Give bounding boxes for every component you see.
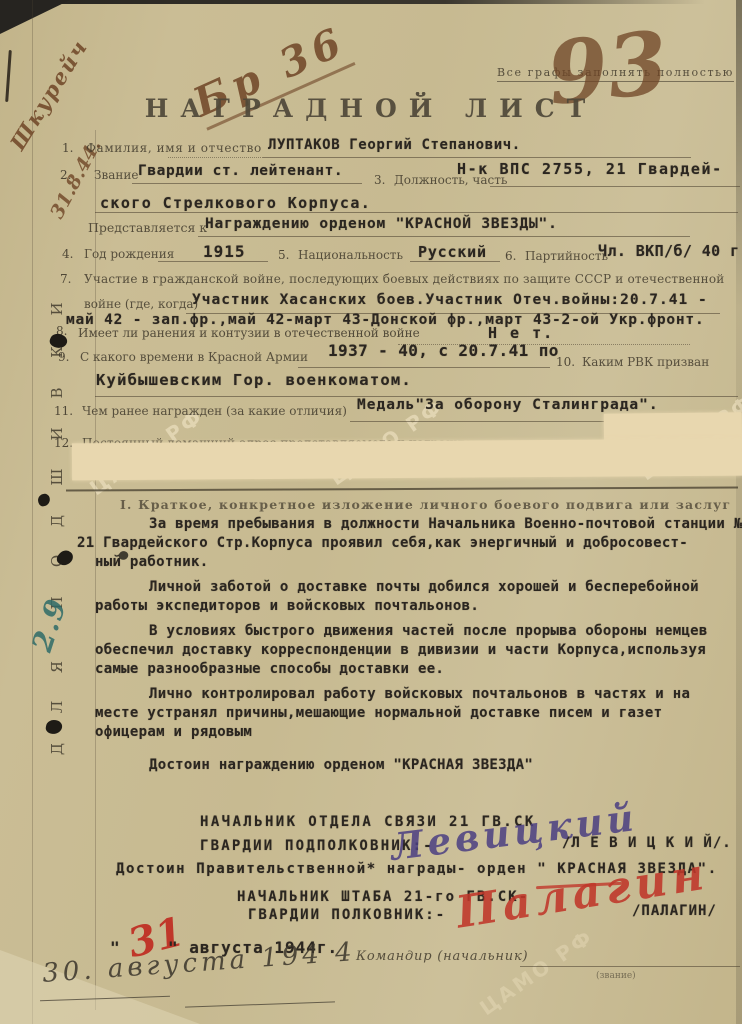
page-title: НАГРАДНОЙ ЛИСТ (0, 94, 742, 123)
field-6-label: Партийность (525, 249, 608, 263)
citation-line: ный работник. (95, 554, 735, 573)
ink-blot (37, 493, 52, 508)
field-4-value: 1915 (203, 242, 246, 261)
field-1-value: ЛУПТАКОВ Георгий Степанович. (268, 137, 521, 153)
presented-for-label: Представляется к (88, 220, 207, 235)
section-heading: I. Краткое, конкретное изложение личного… (120, 497, 731, 512)
field-8-value: Н е т. (488, 324, 554, 342)
field-7-label-line2: войне (где, когда) (84, 297, 198, 311)
field-10-label: Каким РВК призван (582, 355, 709, 369)
levitsky-signature: Левицкий (388, 795, 640, 869)
margin-letter: Д (48, 510, 66, 532)
scan-right-shade (736, 0, 742, 1024)
margin-letter: И (48, 298, 66, 320)
field-1-label: Фамилия, имя и отчество (86, 141, 262, 155)
scan-corner-topleft (0, 0, 70, 34)
field-4-number: 4. (62, 247, 73, 261)
citation-line: обеспечил доставку корреспонденции в див… (95, 642, 735, 661)
field-3-value: Н-к ВПС 2755, 21 Гвардей- (457, 160, 723, 178)
field-11-label: Чем ранее награжден (за какие отличия) (82, 404, 347, 418)
citation-line: В условиях быстрого движения частей посл… (95, 623, 735, 642)
ink-blot (45, 719, 63, 736)
margin-letter: Д (48, 738, 66, 760)
field-7-number: 7. (60, 272, 71, 286)
commander-label: Командир (начальник) (356, 949, 528, 964)
scan-left-crease (32, 0, 33, 1024)
field-3-number: 3. (374, 173, 385, 187)
field-5-label: Национальность (298, 248, 403, 262)
citation-line: самые разнообразные способы доставки ее. (95, 661, 735, 680)
citation-line: месте устранял причины,мешающие нормальн… (95, 705, 735, 724)
citation-line: Лично контролировал работу войсковых поч… (95, 686, 735, 705)
field-9-value: 1937 - 40, с 20.7.41 по (328, 341, 559, 360)
field-4-label: Год рождения (84, 247, 174, 261)
field-11-number: 11. (54, 404, 73, 418)
citation-line: 21 Гвардейского Стр.Корпуса проявил себя… (77, 535, 735, 554)
field-2-number: 2. (60, 168, 71, 182)
field-2-value: Гвардии ст. лейтенант. (138, 163, 343, 179)
citation-line: работы экспедиторов и войсковых почтальо… (95, 598, 735, 617)
margin-letter: И (48, 423, 66, 445)
field-1-number: 1. (62, 141, 73, 155)
margin-letter: Л (48, 696, 66, 718)
levitsky-typed-name: /Л Е В И Ц К И Й/. (562, 835, 732, 851)
palagin-typed-name: /ПАЛАГИН/ (632, 903, 717, 919)
field-10-number: 10. (556, 355, 575, 369)
field-3-value-continued: ского Стрелкового Корпуса. (100, 194, 371, 212)
citation-line: За время пребывания в должности Начальни… (95, 516, 735, 535)
field-6-number: 6. (505, 249, 516, 263)
field-5-value: Русский (418, 243, 487, 261)
field-8-label: Имеет ли ранения и контузии в отечествен… (78, 326, 420, 340)
sig-post-line4: ГВАРДИИ ПОЛКОВНИК:- (248, 907, 446, 923)
field-10-value: Куйбышевским Гор. военкоматом. (96, 371, 412, 389)
field-9-label: С какого времени в Красной Армии (80, 350, 308, 364)
citation-body: За время пребывания в должности Начальни… (95, 516, 735, 776)
award-sheet-scan: ЦАМО РФ ЦАМО РФ ЦАМО РФ ЦАМО РФ Шкурейч … (0, 0, 742, 1024)
redaction-block-wide (72, 439, 742, 481)
archive-watermark: ЦАМО РФ (475, 924, 598, 1020)
field-6-value: Чл. ВКП/б/ 40 г. (598, 242, 742, 260)
citation-line: офицерам и рядовым (95, 724, 735, 743)
field-2-label: Звание (94, 168, 138, 182)
citation-line: Личной заботой о доставке почты добился … (95, 579, 735, 598)
field-7-label-line1: Участие в гражданской войне, последующих… (84, 272, 725, 286)
rank-hint: (звание) (596, 971, 636, 981)
presented-for-value: Награждению орденом "КРАСНОЙ ЗВЕЗДЫ". (205, 216, 558, 232)
margin-letter: Я (48, 656, 66, 678)
scan-top-edge (0, 0, 742, 4)
citation-line: Достоин награждению орденом "КРАСНАЯ ЗВЕ… (95, 757, 735, 776)
field-11-value: Медаль"За оборону Сталинграда". (357, 397, 659, 413)
margin-letter: В (48, 382, 66, 404)
margin-letter: Ш (48, 466, 66, 488)
field-7-value-line1: Участник Хасанских боев.Участник Отеч.во… (192, 292, 708, 308)
field-5-number: 5. (278, 248, 289, 262)
